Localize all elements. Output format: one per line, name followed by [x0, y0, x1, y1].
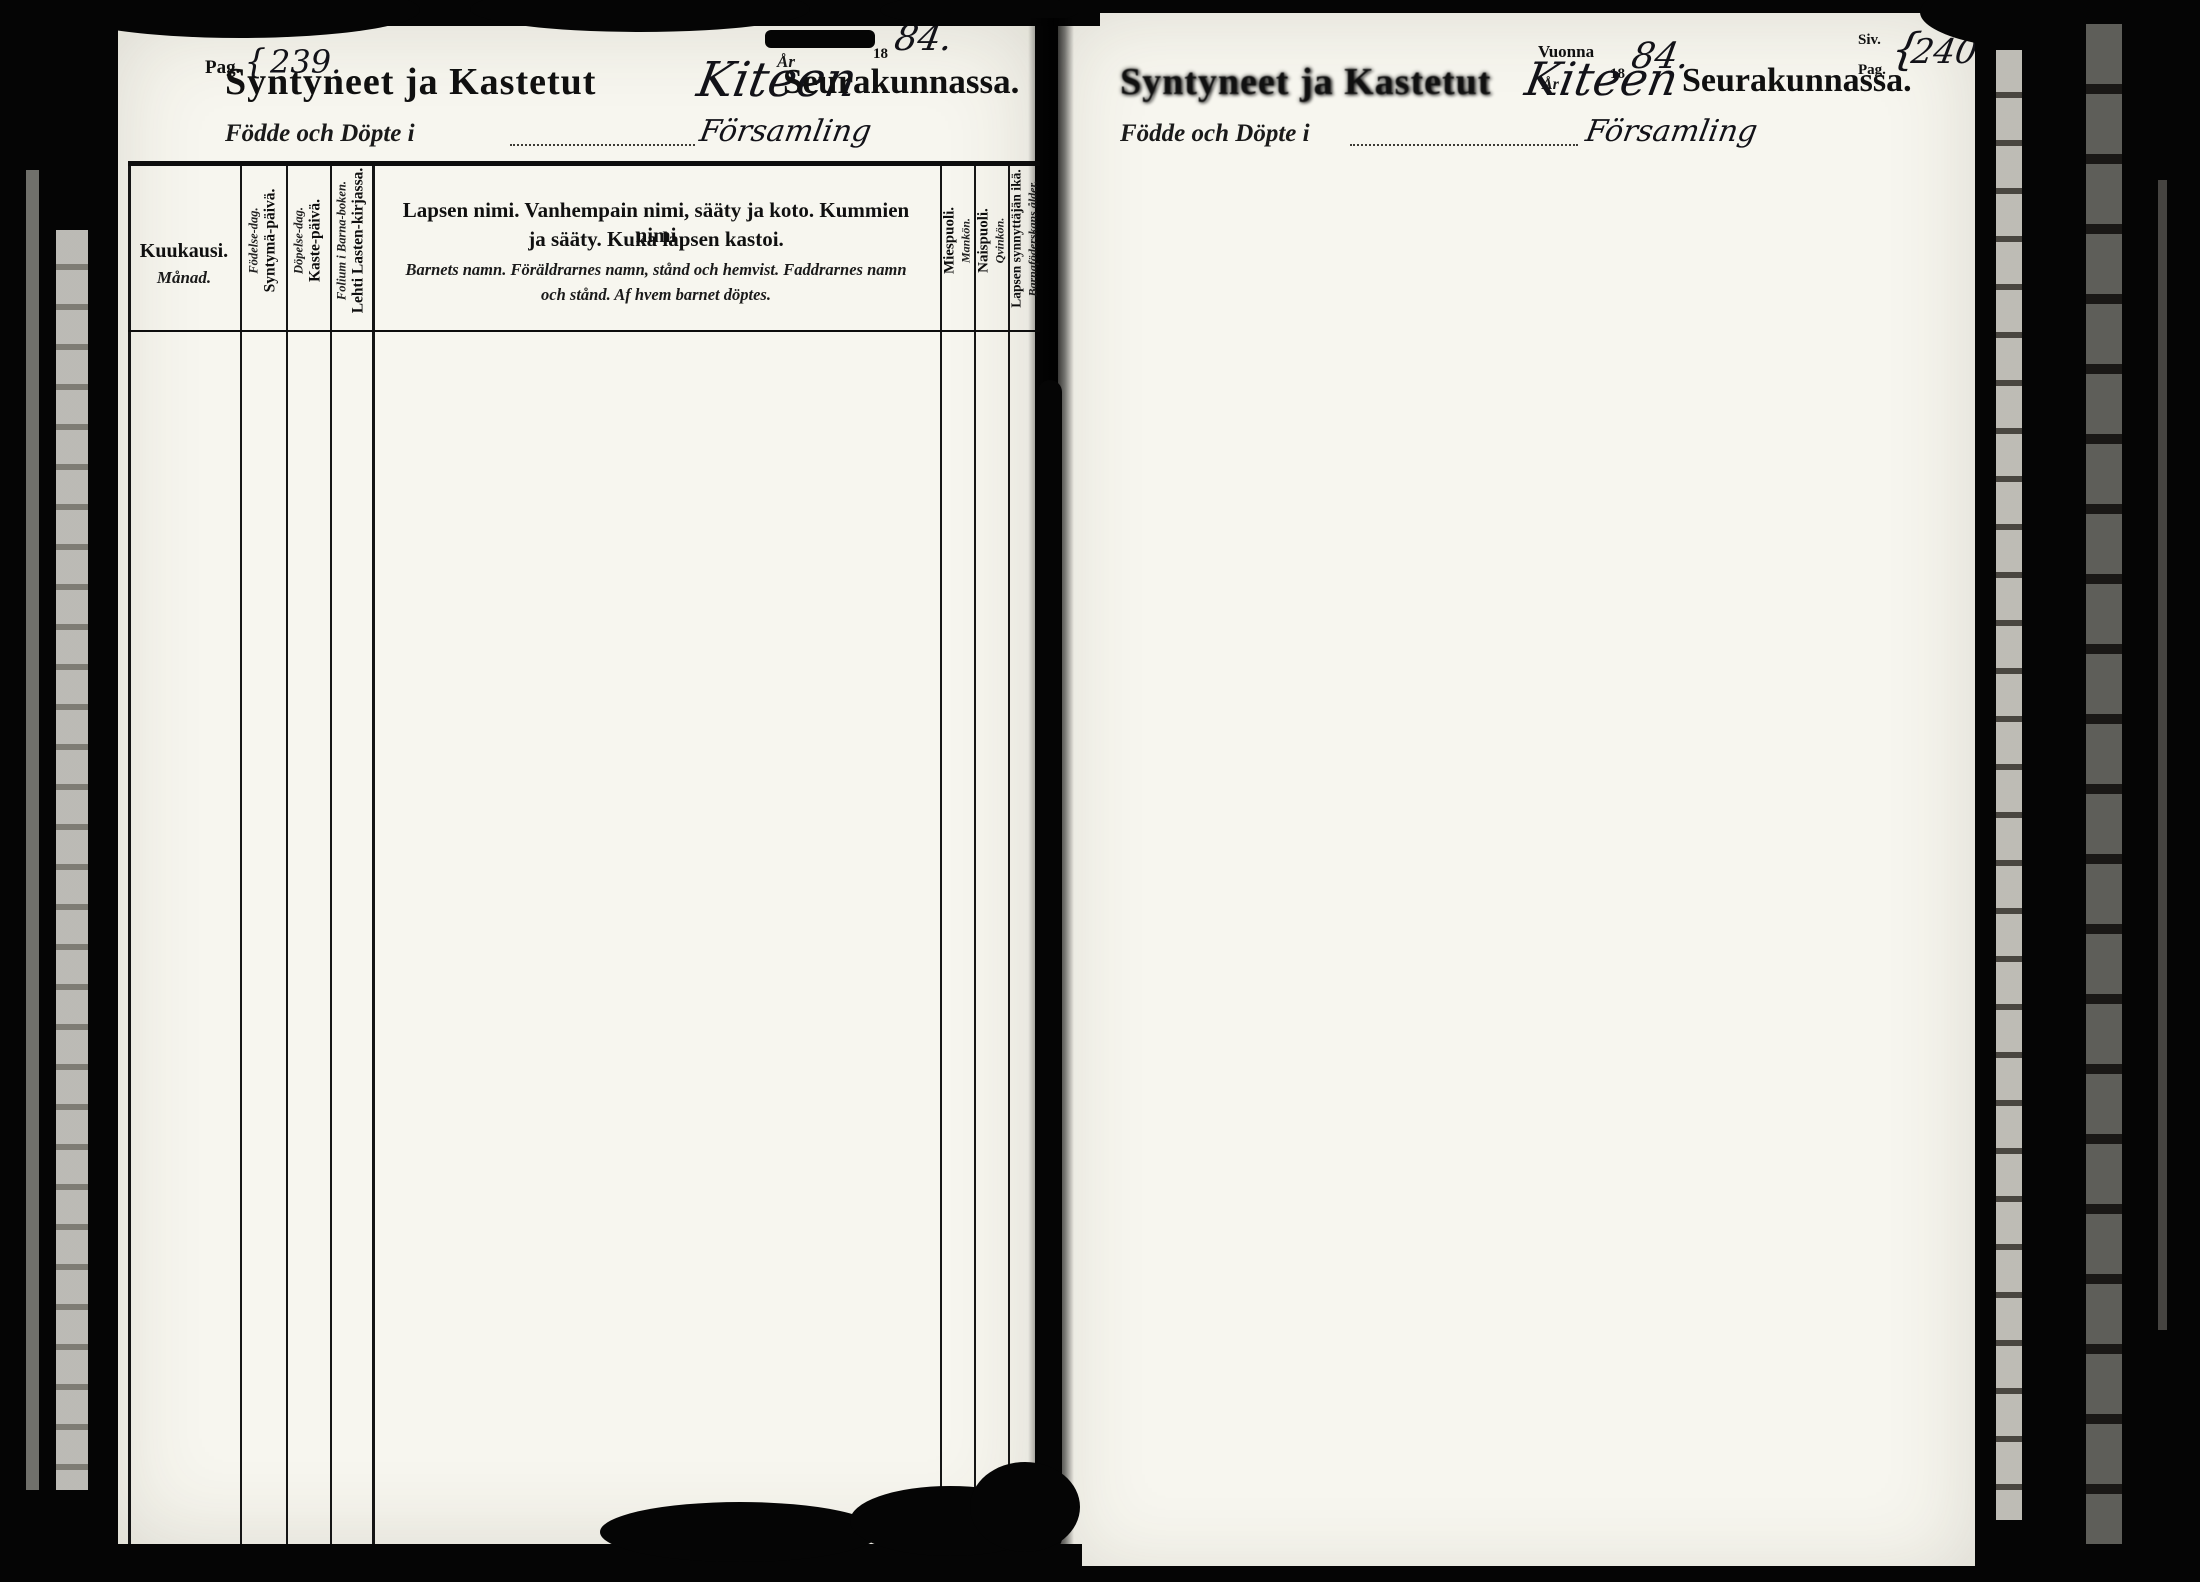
grid-line: [372, 161, 375, 1546]
register-table: Kuukausi.Månad.Födelse-dag.Syntymä-päivä…: [0, 0, 2200, 1582]
column-header-text: Qvinkön.: [993, 166, 1008, 316]
column-header-text: Kaste-päivä.: [307, 141, 325, 341]
grid-line: [286, 161, 288, 1546]
main-header-sv-1: Barnets namn. Föräldrarnes namn, stånd o…: [382, 260, 930, 280]
grid-line: [940, 161, 942, 1546]
book-edge-streak: [56, 230, 88, 1490]
main-header-sv-2: och stånd. Af hvem barnet döptes.: [382, 285, 930, 305]
column-header-text: Födelse-dag.: [247, 141, 262, 341]
main-header-fi-2: ja sääty. Kuka lapsen kastoi.: [382, 227, 930, 252]
book-edge-streak: [2158, 180, 2167, 1330]
grid-line: [974, 161, 976, 1546]
column-header-text: Syntymä-päivä.: [262, 141, 280, 341]
column-header-text: Mankön.: [959, 166, 974, 316]
column-header-text: Lapsen synnyttäjän ikä.: [1008, 127, 1026, 351]
grid-line: [1008, 161, 1010, 1546]
column-header-text: Folium i Barna-boken.: [335, 126, 350, 356]
grid-line: [330, 161, 332, 1546]
book-edge-streak: [2086, 24, 2122, 1544]
column-header: Födelse-dag.Syntymä-päivä.: [247, 141, 280, 341]
book-edge-streak: [26, 170, 39, 1490]
column-header-text: Naispuoli.: [975, 166, 993, 316]
column-header: Döpelse-dag.Kaste-päivä.: [292, 141, 325, 341]
grid-line: [128, 161, 131, 1546]
scan-blot: [600, 1502, 880, 1562]
column-header-month: Kuukausi.: [114, 240, 254, 263]
grid-line: [240, 161, 242, 1546]
column-header: Folium i Barna-boken.Lehti Lasten-kirjas…: [335, 126, 368, 356]
gutter-bar: [1038, 380, 1062, 1550]
scanned-parish-register: Pag. { 239. År 18 84. Syntyneet ja Kaste…: [0, 0, 2200, 1582]
column-header-text: Döpelse-dag.: [292, 141, 307, 341]
column-header-text: Lehti Lasten-kirjassa.: [350, 126, 368, 356]
column-header: Miespuoli.Mankön.: [941, 166, 974, 316]
column-header-month-sv: Månad.: [114, 268, 254, 288]
book-edge-streak: [1996, 50, 2022, 1520]
column-header-text: Miespuoli.: [941, 166, 959, 316]
scan-blot: [970, 1462, 1080, 1552]
column-header: Naispuoli.Qvinkön.: [975, 166, 1008, 316]
